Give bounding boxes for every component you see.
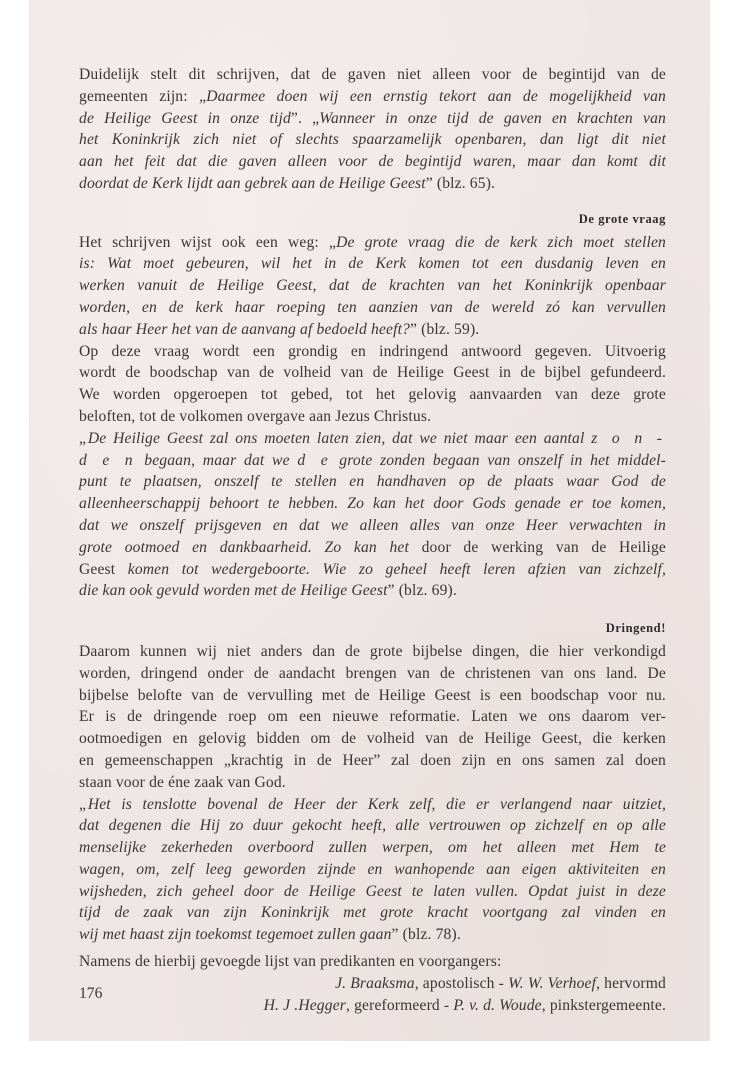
text-line: „De Heilige Geest zal ons moeten laten z…: [79, 428, 666, 450]
text-line: tijd de zaak van zijn Koninkrijk met gro…: [79, 902, 666, 924]
book-page: Duidelijk stelt dit schrijven, dat de ga…: [29, 0, 710, 1041]
page-text: Duidelijk stelt dit schrijven, dat de ga…: [79, 64, 666, 1016]
text-line: worden, en de kerk haar roeping ten aanz…: [79, 297, 666, 319]
paragraph: Duidelijk stelt dit schrijven, dat de ga…: [79, 64, 666, 195]
text-line: dat degenen die Hij zo duur gekocht heef…: [79, 815, 666, 837]
closing-line: Namens de hierbij gevoegde lijst van pre…: [79, 951, 666, 973]
paragraph: Daarom kunnen wij niet anders dan de gro…: [79, 641, 666, 794]
text-line: „Het is tenslotte bovenal de Heer der Ke…: [79, 794, 666, 816]
text-line: worden, dringend onder de aandacht breng…: [79, 663, 666, 685]
text-line: doordat de Kerk lijdt aan gebrek aan de …: [79, 173, 666, 195]
text-line: wijsheden, zich geheel door de Heilige G…: [79, 881, 666, 903]
text-line: bijbelse belofte van de vervulling met d…: [79, 685, 666, 707]
text-line: wagen, om, zelf leeg geworden zijnde en …: [79, 859, 666, 881]
text-line: grote ootmoed en dankbaarheid. Zo kan he…: [79, 537, 666, 559]
text-line: Duidelijk stelt dit schrijven, dat de ga…: [79, 64, 666, 86]
text-line: beloften, tot de volkomen overgave aan J…: [79, 406, 666, 428]
section-heading: Dringend!: [79, 618, 666, 640]
text-line: punt te plaatsen, onszelf te stellen en …: [79, 471, 666, 493]
quote-paragraph: „De Heilige Geest zal ons moeten laten z…: [79, 428, 666, 602]
text-line: die kan ook gevuld worden met de Heilige…: [79, 580, 666, 602]
paragraph: Op deze vraag wordt een grondig en indri…: [79, 341, 666, 428]
signatory-line: H. J .Hegger, gereformeerd - P. v. d. Wo…: [79, 995, 666, 1017]
text-line: dat we onszelf prijsgeven en dat we alle…: [79, 515, 666, 537]
text-line: is: Wat moet gebeuren, wil het in de Ker…: [79, 253, 666, 275]
page-number: 176: [79, 985, 102, 1003]
text-line: alleenheerschappij behoort te hebben. Zo…: [79, 493, 666, 515]
text-line: Er is de dringende roep om een nieuwe re…: [79, 706, 666, 728]
text-line: Het schrijven wijst ook een weg: „De gro…: [79, 232, 666, 254]
text-line: Geest komen tot wedergeboorte. Wie zo ge…: [79, 559, 666, 581]
text-line: werken vanuit de Heilige Geest, dat de k…: [79, 275, 666, 297]
text-line: staan voor de éne zaak van God.: [79, 772, 666, 794]
text-line: aan het feit dat die gaven alleen voor d…: [79, 151, 666, 173]
paragraph: Het schrijven wijst ook een weg: „De gro…: [79, 232, 666, 341]
text-line: Daarom kunnen wij niet anders dan de gro…: [79, 641, 666, 663]
text-line: en gemeenschappen „krachtig in de Heer” …: [79, 750, 666, 772]
text-line: menselijke zekerheden overboord zullen w…: [79, 837, 666, 859]
text-line: het Koninkrijk zich niet of slechts spaa…: [79, 129, 666, 151]
signatories: J. Braaksma, apostolisch - W. W. Verhoef…: [79, 973, 666, 1017]
text-line: gemeenten zijn: „Daarmee doen wij een er…: [79, 86, 666, 108]
text-line: wij met haast zijn toekomst tegemoet zul…: [79, 924, 666, 946]
text-line: Op deze vraag wordt een grondig en indri…: [79, 341, 666, 363]
text-line: We worden opgeroepen tot gebed, tot het …: [79, 384, 666, 406]
text-line: de Heilige Geest in onze tijd”. „Wanneer…: [79, 108, 666, 130]
text-line: wordt de boodschap van de volheid van de…: [79, 362, 666, 384]
text-line: ootmoedigen en gelovig bidden om de volh…: [79, 728, 666, 750]
section-heading: De grote vraag: [79, 209, 666, 231]
text-line: als haar Heer het van de aanvang af bedo…: [79, 319, 666, 341]
text-line: d e n begaan, maar dat we d e grote zond…: [79, 450, 666, 472]
signatory-line: J. Braaksma, apostolisch - W. W. Verhoef…: [79, 973, 666, 995]
quote-paragraph: „Het is tenslotte bovenal de Heer der Ke…: [79, 794, 666, 947]
